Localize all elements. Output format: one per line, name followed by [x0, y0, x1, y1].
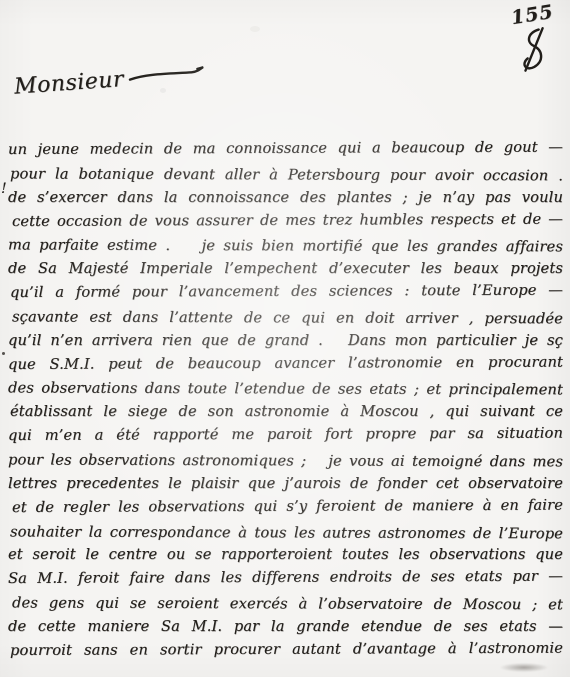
letter-line: de Sa Majesté Imperiale l’empechent d’ex…: [8, 257, 563, 281]
letter-line: qu’il a formé pour l’avancement des scie…: [10, 279, 563, 305]
letter-line: cette occasion de vous assurer de mes tr…: [12, 207, 563, 233]
letter-line: établissant le siege de son astronomie à…: [10, 400, 563, 424]
letter-line: qui m’en a été rapporté me paroit fort p…: [8, 422, 563, 448]
manuscript-page: 155 Monsieur ! un jeune medecin de ma co…: [0, 0, 570, 677]
letter-line: de s’exercer dans la connoissance des pl…: [8, 186, 563, 210]
salutation-flourish-stroke: [127, 63, 206, 84]
salutation: Monsieur: [13, 61, 206, 99]
letter-body: un jeune medecin de ma connoissance qui …: [8, 138, 563, 663]
letter-line: souhaiter la correspondance à tous les a…: [10, 520, 563, 546]
ink-smudge: [500, 663, 548, 672]
letter-line: et seroit le centre ou se rapporteroient…: [8, 543, 563, 567]
scan-speck: [160, 88, 166, 93]
scan-speck: [250, 26, 260, 32]
letter-line: un jeune medecin de ma connoissance qui …: [8, 136, 563, 162]
letter-line: pour la botanique devant aller à Petersb…: [10, 162, 563, 188]
letter-line: et de regler les observations qui s’y fe…: [12, 493, 563, 519]
margin-annotation-mark: !: [1, 181, 7, 197]
letter-line: sçavante est dans l’attente de ce qui en…: [12, 305, 563, 331]
letter-line: lettres precedentes le plaisir que j’aur…: [8, 472, 563, 496]
letter-line: de cette maniere Sa M.I. par la grande e…: [8, 615, 563, 639]
letter-line: pour les observations astronomiques ; je…: [8, 448, 563, 474]
letter-line: que S.M.I. peut de beaucoup avancer l’as…: [8, 350, 563, 376]
letter-line: pourroit sans en sortir procurer autant …: [10, 636, 563, 662]
crossed-eight-paraph-icon: [514, 25, 551, 73]
letter-line: ma parfaite estime . je suis bien mortif…: [8, 234, 563, 260]
letter-line: Sa M.I. feroit faire dans les differens …: [8, 565, 563, 591]
letter-line: des observations dans toute l’etendue de…: [8, 377, 563, 403]
letter-line: qu’il n’en arrivera rien que de grand . …: [8, 329, 563, 353]
margin-ink-dot: [2, 352, 5, 355]
letter-line: des gens qui se seroient exercés à l’obs…: [12, 591, 563, 617]
salutation-text: Monsieur: [13, 67, 124, 100]
